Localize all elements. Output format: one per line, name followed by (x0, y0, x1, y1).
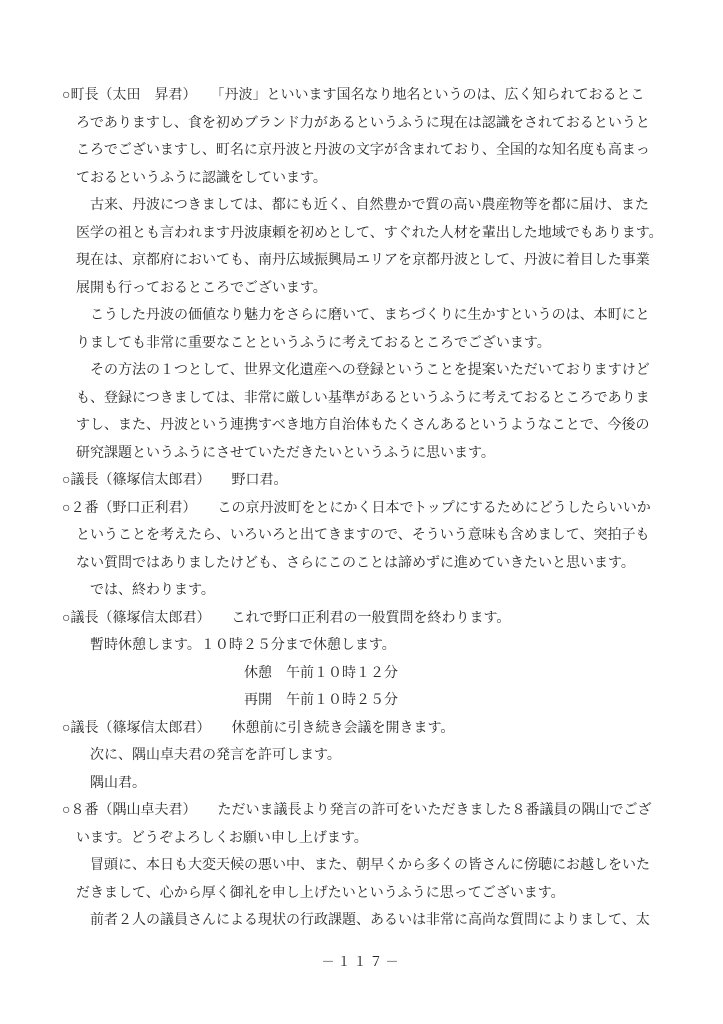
document-line: りましても非常に重要なことというふうに考えておるところでございます。 (62, 330, 702, 358)
document-line: ろでありますし、食を初めブランド力があるというふうに現在は認識をされておるという… (62, 110, 702, 138)
document-line: 前者２人の議員さんによる現状の行政課題、あるいは非常に高尚な質問によりまして、太 (62, 907, 702, 935)
document-line: 展開も行っておるところでございます。 (62, 275, 702, 303)
document-line: ころでございますし、町名に京丹波と丹波の文字が含まれており、全国的な知名度も高ま… (62, 137, 702, 165)
document-line: 休憩 午前１０時１２分 (62, 660, 702, 688)
document-line: だきまして、心から厚く御礼を申し上げたいというふうに思ってございます。 (62, 880, 702, 908)
document-line: ておるというふうに認識をしています。 (62, 165, 702, 193)
document-line: ということを考えたら、いろいろと出てきますので、そういう意味も含めまして、突拍子… (62, 522, 702, 550)
document-line: ない質問ではありましたけども、さらにこのことは諦めずに進めていきたいと思います。 (62, 550, 702, 578)
page-number: －１１７－ (0, 951, 723, 970)
document-line: すし、また、丹波という連携すべき地方自治体もたくさんあるというようなことで、今後… (62, 412, 702, 440)
document-line: 医学の祖とも言われます丹波康頼を初めとして、すぐれた人材を輩出した地域でもありま… (62, 220, 702, 248)
document-line: ○町長（太田 昇君） 「丹波」といいます国名なり地名というのは、広く知られておる… (62, 82, 702, 110)
document-line: ○議長（篠塚信太郎君） これで野口正利君の一般質問を終わります。 (62, 605, 702, 633)
document-line: 現在は、京都府においても、南丹広域振興局エリアを京都丹波として、丹波に着目した事… (62, 247, 702, 275)
document-line: 古来、丹波につきましては、都にも近く、自然豊かで質の高い農産物等を都に届け、また (62, 192, 702, 220)
document-line: ○議長（篠塚信太郎君） 野口君。 (62, 467, 702, 495)
page: ○町長（太田 昇君） 「丹波」といいます国名なり地名というのは、広く知られておる… (0, 0, 723, 1024)
document-line: こうした丹波の価値なり魅力をさらに磨いて、まちづくりに生かすというのは、本町にと (62, 302, 702, 330)
document-line: 隅山君。 (62, 770, 702, 798)
document-line: 暫時休憩します。１０時２５分まで休憩します。 (62, 632, 702, 660)
document-line: ○２番（野口正利君） この京丹波町をとにかく日本でトップにするためにどうしたらい… (62, 495, 702, 523)
document-line: ○議長（篠塚信太郎君） 休憩前に引き続き会議を開きます。 (62, 715, 702, 743)
document-body: ○町長（太田 昇君） 「丹波」といいます国名なり地名というのは、広く知られておる… (62, 82, 702, 935)
document-line: では、終わります。 (62, 577, 702, 605)
document-line: 研究課題というふうにさせていただきたいというふうに思います。 (62, 440, 702, 468)
document-line: も、登録につきましては、非常に厳しい基準があるというふうに考えておるところであり… (62, 385, 702, 413)
document-line: ○８番（隅山卓夫君） ただいま議長より発言の許可をいただきました８番議員の隅山で… (62, 797, 702, 825)
document-line: その方法の１つとして、世界文化遺産への登録ということを提案いただいておりますけど (62, 357, 702, 385)
document-line: 再開 午前１０時２５分 (62, 687, 702, 715)
document-line: います。どうぞよろしくお願い申し上げます。 (62, 825, 702, 853)
document-line: 次に、隅山卓夫君の発言を許可します。 (62, 742, 702, 770)
document-line: 冒頭に、本日も大変天候の悪い中、また、朝早くから多くの皆さんに傍聴にお越しをいた (62, 852, 702, 880)
